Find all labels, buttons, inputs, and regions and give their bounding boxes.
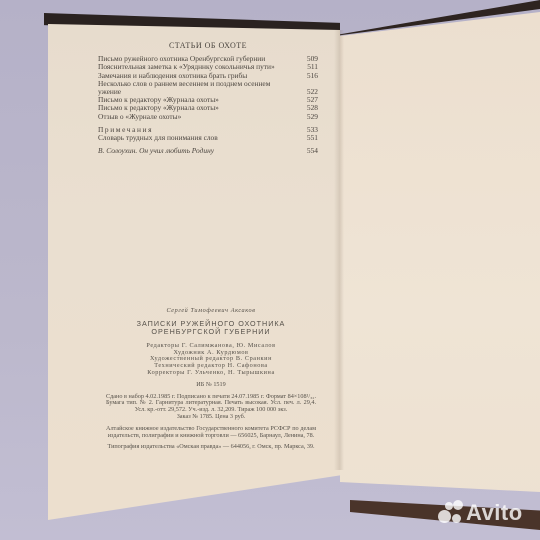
toc-afterword-page: 554 [303, 147, 318, 155]
colophon-credits: Редакторы Г. Салимжанова, Ю. МисаловХудо… [106, 343, 316, 377]
toc-entry-title: Словарь трудных для понимания слов [98, 134, 218, 142]
colophon-publisher: Алтайское книжное издательство Государст… [106, 426, 316, 440]
toc-entry-title: Замечания и наблюдения охотника брать гр… [98, 72, 247, 80]
toc-title: СТАТЬИ ОБ ОХОТЕ [98, 42, 318, 50]
toc-entry: Замечания и наблюдения охотника брать гр… [98, 72, 318, 80]
toc-entry-title: Примечания [98, 126, 153, 134]
toc-entry-page: 551 [303, 134, 318, 142]
colophon: Сергей Тимофеевич Аксаков ЗАПИСКИ РУЖЕЙН… [106, 308, 316, 451]
toc-entry: Письмо ружейного охотника Оренбургской г… [98, 55, 318, 63]
right-page [340, 12, 540, 512]
avito-watermark: Avito [436, 500, 523, 526]
colophon-title: ЗАПИСКИ РУЖЕЙНОГО ОХОТНИКА ОРЕНБУРГСКОЙ … [106, 320, 316, 336]
toc-notes: Примечания533Словарь трудных для пониман… [98, 126, 318, 142]
toc-entry: Словарь трудных для понимания слов551 [98, 134, 318, 142]
colophon-order: Заказ № 1785. Цена 3 руб. [106, 414, 316, 421]
toc-entry: Несколько слов о раннем весеннем и поздн… [98, 80, 318, 88]
colophon-credit-line: Корректоры Г. Ульченко, Н. Тырышкина [106, 370, 316, 377]
toc-entry: Пояснительная заметка к «Урядннку соколь… [98, 63, 318, 71]
toc-afterword-text: В. Солоухин. Он учил любить Родину [98, 147, 214, 155]
table-of-contents: СТАТЬИ ОБ ОХОТЕ Письмо ружейного охотник… [98, 42, 318, 155]
toc-entry: ужение522 [98, 88, 318, 96]
toc-entry: Письмо к редактору «Журнала охоты»527 [98, 96, 318, 104]
colophon-printer: Типография издательства «Омская правда» … [106, 444, 316, 451]
book-gutter [334, 30, 344, 470]
toc-entries: Письмо ружейного охотника Оренбургской г… [98, 55, 318, 121]
toc-entry-page: 529 [303, 113, 318, 121]
colophon-author: Сергей Тимофеевич Аксаков [106, 308, 316, 315]
toc-entry-title: Несколько слов о раннем весеннем и поздн… [98, 80, 270, 88]
toc-entry-title: Письмо ружейного охотника Оренбургской г… [98, 55, 265, 63]
avito-brand-text: Avito [466, 500, 523, 526]
toc-entry: Отзыв о «Журнале охоты»529 [98, 113, 318, 121]
colophon-print-details: Сдано в набор 4.02.1985 г. Подписано к п… [106, 394, 316, 414]
toc-entry-title: Пояснительная заметка к «Урядннку соколь… [98, 63, 275, 71]
toc-entry-page: 516 [303, 72, 318, 80]
toc-entry: Письмо к редактору «Журнала охоты»528 [98, 104, 318, 112]
toc-entry-title: ужение [98, 88, 121, 96]
toc-entry-title: Письмо к редактору «Журнала охоты» [98, 104, 219, 112]
avito-dots-logo-icon [436, 500, 464, 526]
toc-afterword: В. Солоухин. Он учил любить Родину 554 [98, 147, 318, 155]
colophon-ib-number: ИБ № 1519 [106, 382, 316, 389]
toc-entry-title: Отзыв о «Журнале охоты» [98, 113, 181, 121]
toc-entry-title: Письмо к редактору «Журнала охоты» [98, 96, 219, 104]
toc-entry: Примечания533 [98, 126, 318, 134]
